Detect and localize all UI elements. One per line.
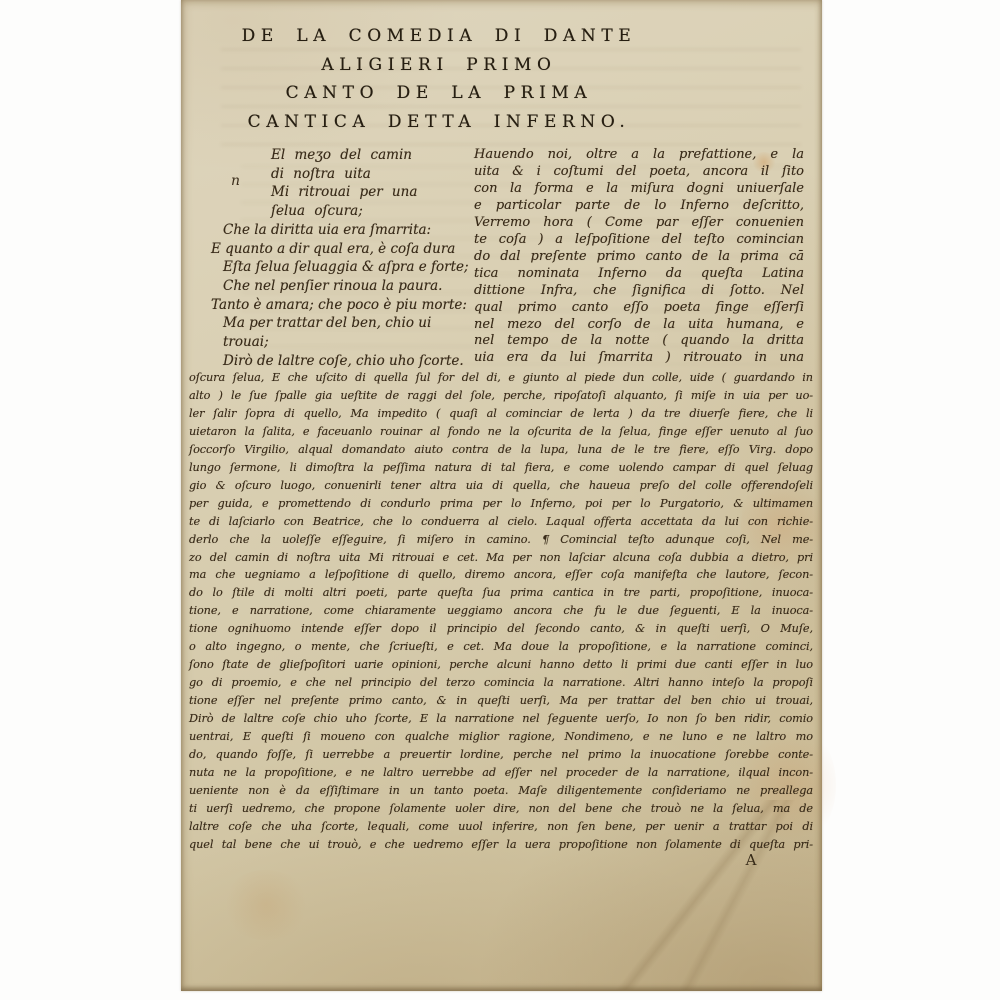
poem-column: El meʒo del camindi noſtra uitaMi ritrou…: [197, 146, 473, 370]
commentary-column: Hauendo noi, oltre a la prefattione, e l…: [474, 147, 804, 367]
text-line: tione ognihuomo intende eſſer dopo il pr…: [189, 620, 813, 638]
text-line: Dirò de laltre coſe, chio uho ſcorte.: [197, 352, 473, 371]
text-line: ſoccorſo Virgilio, alqual domandato aiut…: [189, 441, 813, 459]
text-line: El meʒo del camin: [197, 146, 473, 165]
text-line: Che nel penſier rinoua la paura.: [197, 277, 473, 296]
text-line: Che la diritta uia era ſmarrita:: [197, 221, 473, 240]
text-line: DE LA COMEDIA DI DANTE: [181, 22, 697, 51]
text-line: ma che uegniamo a leſpoſitione di quello…: [189, 566, 813, 584]
text-line: oſcura ſelua, E che uſcito di quella ſul…: [189, 369, 813, 387]
text-line: e particolar parte de lo Inferno deſcrit…: [474, 198, 804, 215]
text-line: ſelua oſcura;: [197, 202, 473, 221]
text-line: nuta ne la propoſitione, e ne laltro uer…: [189, 764, 813, 782]
text-line: ALIGIERI PRIMO: [181, 51, 697, 80]
text-line: E quanto a dir qual era, è coſa dura: [197, 240, 473, 259]
text-line: uia era da lui ſmarrita ) ritrouato in u…: [474, 350, 804, 367]
page-title: DE LA COMEDIA DI DANTEALIGIERI PRIMOCANT…: [181, 22, 697, 136]
text-line: quel tal bene che ui trouò, e che uedrem…: [189, 836, 813, 854]
text-line: dittione Infra, che ſignifica di ſotto. …: [474, 283, 804, 300]
text-line: do, quando foſſe, ſi uerrebbe a preuerti…: [189, 746, 813, 764]
text-line: o alto ingegno, o mente, che ſcriueſti, …: [189, 638, 813, 656]
text-line: te di laſciarlo con Beatrice, che lo con…: [189, 513, 813, 531]
text-line: derlo che la uoleſſe eſſeguire, ſi miſer…: [189, 531, 813, 549]
text-line: tione eſſer nel preſente primo canto, & …: [189, 692, 813, 710]
text-line: te coſa ) a leſpoſitione del teſto comin…: [474, 232, 804, 249]
text-line: tione, e narratione, come chiaramente ue…: [189, 602, 813, 620]
text-line: Eſta ſelua ſeluaggia & aſpra e forte;: [197, 258, 473, 277]
text-line: CANTO DE LA PRIMA: [181, 79, 697, 108]
text-line: di noſtra uita: [197, 165, 473, 184]
signature-mark: A: [733, 851, 769, 869]
text-line: uentrai, E queſti ſi moueno con qualche …: [189, 728, 813, 746]
text-line: Tanto è amara; che poco è piu morte:: [197, 296, 473, 315]
text-line: do dal preſente primo canto de la prima …: [474, 249, 804, 266]
commentary-full-block: oſcura ſelua, E che uſcito di quella ſul…: [189, 369, 813, 854]
text-line: go di proemio, e che nel principio del t…: [189, 674, 813, 692]
text-line: gio & oſcuro luogo, conuenirli tener alt…: [189, 477, 813, 495]
text-line: Mi ritrouai per una: [197, 183, 473, 202]
text-line: ti uerſi uedremo, che propone ſolamente …: [189, 800, 813, 818]
text-line: Verremo hora ( Come par eſſer conuenien: [474, 215, 804, 232]
photograph-background: DE LA COMEDIA DI DANTEALIGIERI PRIMOCANT…: [0, 0, 1000, 1000]
text-line: zo del camin di noſtra uita Mi ritrouai …: [189, 549, 813, 567]
text-line: alto ) le ſue ſpalle gia ueſtite de ragg…: [189, 387, 813, 405]
text-line: Dirò de laltre coſe chio uho ſcorte, E l…: [189, 710, 813, 728]
text-line: Ma per trattar del ben, chio ui trouai;: [197, 314, 473, 351]
text-line: nel tempo de la notte ( quando la dritta: [474, 333, 804, 350]
text-line: Hauendo noi, oltre a la prefattione, e l…: [474, 147, 804, 164]
text-line: uietaron la ſalita, e faceuanlo rouinar …: [189, 423, 813, 441]
book-page: DE LA COMEDIA DI DANTEALIGIERI PRIMOCANT…: [181, 0, 822, 991]
text-line: CANTICA DETTA INFERNO.: [181, 108, 697, 137]
text-line: do lo ſtile di molti altri poeti, parte …: [189, 584, 813, 602]
text-line: nel mezo del corſo de la uita humana, e: [474, 317, 804, 334]
text-line: lungo ſermone, li dimoſtra la peſſima na…: [189, 459, 813, 477]
text-line: ueniente non è da eſſiſtimare in un tant…: [189, 782, 813, 800]
text-line: per guida, e promettendo di condurlo pri…: [189, 495, 813, 513]
text-line: ler ſalir ſopra di quello, Ma impedito (…: [189, 405, 813, 423]
text-line: laltre coſe che uha ſcorte, lequali, com…: [189, 818, 813, 836]
text-line: qual primo canto eſſo poeta finge eſſerſ…: [474, 300, 804, 317]
text-line: con la forma e la miſura dogni uniuerſal…: [474, 181, 804, 198]
text-line: ſono ſtate de glieſpoſitori uarie opinio…: [189, 656, 813, 674]
text-line: tica nominata Inferno da queſta Latina: [474, 266, 804, 283]
text-line: uita & i coſtumi del poeta, ancora il ſi…: [474, 164, 804, 181]
paper-stain: [221, 870, 311, 940]
